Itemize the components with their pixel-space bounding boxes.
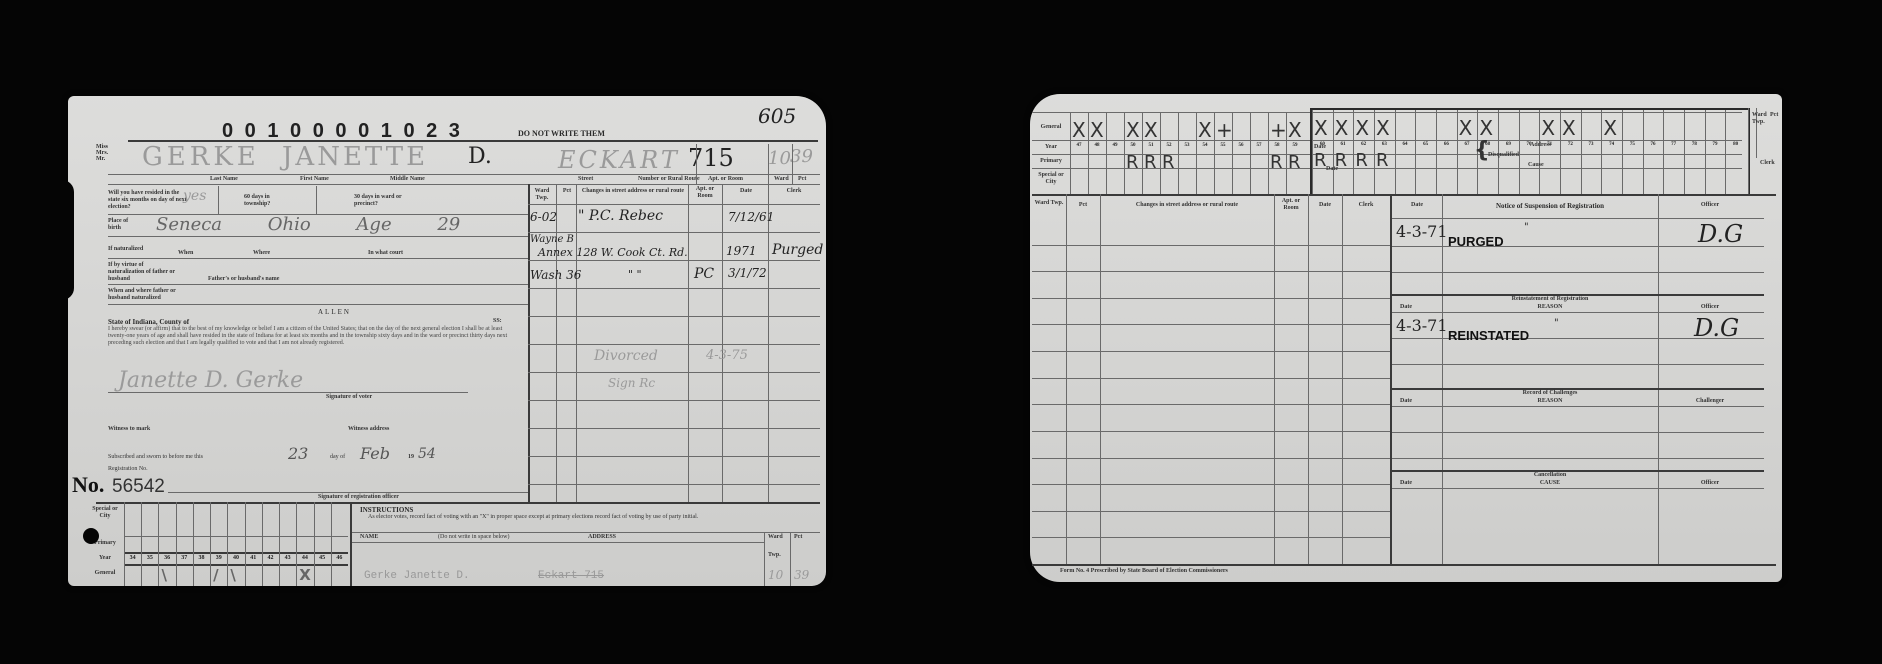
ward-value: 10 [768,148,791,169]
back-grid-year-cell: 78 [1684,142,1705,147]
back-general-mark: X [1335,116,1349,140]
col-change-header: Changes in street address or rural route [578,188,688,195]
grid-year-cell: 41 [245,555,262,561]
grid-label-year: Year [88,555,122,562]
reinstatement-reason: REINSTATED [1448,328,1529,343]
back-general-mark: + [1216,118,1233,142]
back-grid-year-cell: 80 [1725,142,1746,147]
back-general-mark: X [1288,118,1302,142]
place-of-birth-value: Seneca Ohio Age 29 [156,214,460,235]
suspension-title: Notice of Suspension of Registration [1442,202,1658,210]
back-table-row-line [1032,324,1390,325]
bottom-twp-label: Twp. [768,552,781,559]
back-primary-mark: R [1314,150,1327,171]
officer-signature-label: Signature of registration officer [318,494,399,501]
col-pct-header: Pct [558,188,576,195]
change-apt: PC [694,266,714,282]
col-apt-header: Apt. or Room [690,186,720,200]
back-table-row-line [1032,431,1390,432]
instructions-text: As elector votes, record fact of voting … [368,514,808,521]
vote-mark: \ [161,566,166,584]
challenges-date-label: Date [1400,398,1412,405]
grid-year-cell: 43 [279,555,296,561]
back-grid-label-year: Year [1034,144,1068,151]
back-general-mark: X [1090,118,1104,142]
change-date: 7/12/61 [728,210,774,224]
back-grid-year-cell: 48 [1088,143,1106,148]
back-grid-year-cell: 76 [1643,142,1664,147]
cancellation-date-label: Date [1400,480,1412,487]
grid-year-cell: 46 [331,555,348,561]
grid-year-cell: 34 [124,555,141,561]
instructions-title: INSTRUCTIONS [360,506,413,514]
change-address: " " [628,268,642,281]
back-grid-year-cell: 50 [1124,143,1142,148]
sworn-month: Feb [360,444,390,463]
card-edge-notch [60,180,74,300]
back-general-mark: X [1459,116,1473,140]
back-table-row-line [1032,245,1390,246]
subscribed-text: Subscribed and sworn to before me this [108,454,203,461]
name-col-label: NAME [360,534,378,541]
cancellation-cause-label: CAUSE [1442,480,1658,487]
suspension-date: 4-3-71 [1396,222,1448,241]
reinstatement-date-label: Date [1400,304,1412,311]
back-general-mark: X [1126,118,1140,142]
back-general-mark: X [1314,116,1328,140]
back-general-mark: X [1562,116,1576,140]
back-primary-mark: R [1126,152,1139,173]
change-ward: 6-02 [530,210,557,224]
change-address: Annex 128 W. Cook Ct. Rd. [538,246,688,259]
state-county-label: State of Indiana, County of [108,318,189,326]
street-value: ECKART [558,146,680,174]
back-clerk-label: Clerk [1760,160,1775,167]
back-general-mark: X [1355,116,1369,140]
back-grid-year-cell: 47 [1070,143,1088,148]
back-pct-label: Pct [1770,112,1778,119]
back-grid-year-cell: 72 [1560,142,1581,147]
pct-label: Pct [798,176,806,183]
bottom-ward-label: Ward [768,534,783,541]
reinstatement-reason-label: REASON [1442,304,1658,311]
back-table-row-line [1032,271,1390,272]
place-of-birth-label: Place of birth [108,218,138,232]
back-general-mark: X [1479,116,1493,140]
challenges-reason-label: REASON [1442,398,1658,405]
residency-question-township: 60 days in township? [244,194,296,208]
punch-hole [83,528,99,544]
pct-value: 39 [790,146,813,167]
back-grid-year-cell: 59 [1286,143,1304,148]
bottom-pct-label: Pct [794,534,802,541]
inner-date-label: Date [1314,144,1326,151]
grid-year-cell: 35 [141,555,158,561]
registration-number-label: Registration No. [108,466,148,473]
back-grid-year-cell: 66 [1436,142,1457,147]
title-prefixes: MissMrs.Mr. [96,144,108,162]
handwritten-bracket: { [1474,138,1490,163]
back-changes-rows [1032,218,1390,564]
inner-disqualified-label: Disqualified [1488,152,1519,159]
inner-cause-label: Cause [1528,162,1544,169]
change-date: 4-3-75 [706,348,748,363]
back-grid-year-cell: 61 [1333,142,1354,147]
back-grid-year-cell: 69 [1498,142,1519,147]
virtue-label: If by virtue of naturalization of father… [108,262,178,283]
back-table-row-line [1032,484,1390,485]
back-grid-year-cell: 56 [1232,143,1250,148]
back-grid-year-cell: 55 [1214,143,1232,148]
grid-year-cell: 42 [262,555,279,561]
back-general-mark: X [1376,116,1390,140]
back-voting-grid-left: 47X48X4950XR51XR52R5354X55+565758+R59XR [1070,112,1304,198]
back-grid-year-cell: 58 [1268,143,1286,148]
back-grid-year-cell: 49 [1106,143,1124,148]
back-grid-year-cell: 74 [1601,142,1622,147]
back-col-change-header: Changes in street address or rural route [1100,202,1274,209]
vote-mark: \ [230,566,235,584]
back-primary-mark: R [1376,150,1389,171]
sworn-day: 23 [288,444,308,463]
day-of-label: day of [330,454,345,461]
back-general-mark: + [1270,118,1287,142]
typed-ward: 10 [768,568,783,582]
house-number-value: 715 [688,144,734,172]
challenges-challenger-label: Challenger [1658,398,1762,405]
back-grid-year-cell: 75 [1622,142,1643,147]
vote-mark: / [213,566,218,584]
back-grid-year-cell: 73 [1581,142,1602,147]
back-grid-year-cell: 57 [1250,143,1268,148]
typed-pct: 39 [794,568,809,582]
reinstatement-title: Reinstatement of Registration [1442,296,1658,303]
change-ward: Wayne B [530,234,574,245]
back-grid-label-general: General [1034,124,1068,131]
grid-year-cell: 40 [227,555,244,561]
back-grid-year-cell: 79 [1705,142,1726,147]
back-grid-year-cell: 54 [1196,143,1214,148]
back-table-row-line [1032,458,1390,459]
back-primary-mark: R [1162,152,1175,173]
last-name-value: GERKE [142,142,260,172]
where-label: Where [253,250,270,257]
back-col-pct-header: Pct [1066,202,1100,209]
back-general-mark: X [1198,118,1212,142]
back-primary-mark: R [1288,152,1301,173]
back-grid-year-cell: 52 [1160,143,1178,148]
grid-label-special: Special or City [88,506,122,520]
back-general-mark: X [1072,118,1086,142]
middle-name-value: D. [468,144,492,169]
number-label: Number or Rural Route [638,176,700,183]
address-col-label: ADDRESS [588,534,616,541]
suspension-date-label: Date [1392,202,1442,209]
change-date: 1971 [726,244,757,258]
col-ward-header: Ward Twp. [530,188,554,202]
grid-year-cell: 37 [176,555,193,561]
change-ward: Wash 36 [530,268,581,282]
suspension-reason: PURGED [1448,234,1504,249]
grid-year-cell: 44 [296,555,313,561]
back-voting-grid-right: 60XR61XR62XR63XR64656667X68X697071X72X73… [1312,110,1746,192]
suspension-ditto: " [1524,222,1529,233]
front-voting-grid: 343536\373839/40\41424344X4546 [124,502,348,586]
back-grid-label-special: Special or City [1034,172,1068,186]
back-table-row-line [1032,351,1390,352]
inner-date-label-2: Date [1326,166,1338,173]
back-general-mark: X [1541,116,1555,140]
back-grid-year-cell: 62 [1353,142,1374,147]
reinstatement-ditto: " [1554,318,1559,329]
back-grid-label-primary: Primary [1034,158,1068,165]
cancellation-title: Cancellation [1442,472,1658,479]
change-address: " P.C. Rebec [578,208,663,224]
back-table-row-line [1032,378,1390,379]
witness-address-label: Witness address [348,426,389,433]
voter-signature: Janette D. Gerke [118,368,303,393]
inner-address-label: Address [1530,142,1551,149]
col-date-header: Date [724,188,768,195]
suspension-officer: D.G [1698,220,1743,248]
typed-voter-address: Eckart 715 [538,570,604,582]
grid-year-cell: 45 [314,555,331,561]
residency-question-ward: 30 days in ward or precinct? [354,194,426,208]
change-clerk: Purged [772,242,823,258]
when-label: When [178,250,193,257]
back-primary-mark: R [1144,152,1157,173]
ward-label: Ward [774,176,789,183]
back-general-mark: X [1144,118,1158,142]
back-grid-year-cell: 65 [1415,142,1436,147]
back-grid-year-cell: 53 [1178,143,1196,148]
back-col-clerk-header: Clerk [1342,202,1390,209]
year-prefix: 19 [408,454,414,461]
back-table-row-line [1032,511,1390,512]
suspension-officer-label: Officer [1658,202,1762,209]
form-footer: Form No. 4 Prescribed by State Board of … [1060,568,1228,575]
back-col-ward-header: Ward Twp. [1032,200,1066,207]
back-primary-mark: R [1355,150,1368,171]
reinstatement-date: 4-3-71 [1396,316,1448,335]
registration-card-back: General Year Primary Special or City 47X… [1030,94,1782,582]
back-table-row-line [1032,537,1390,538]
registration-card-front: 0 0 1 0 0 0 0 1 0 2 3 DO NOT WRITE THEM … [68,96,826,586]
voter-signature-label: Signature of voter [326,394,372,401]
residency-answer-state: yes [183,188,206,204]
oath-text: I hereby swear (or affirm) that to the b… [108,326,518,347]
middle-name-label: Middle Name [390,176,425,183]
sworn-year: 54 [418,446,436,462]
back-table-row-line [1032,404,1390,405]
back-grid-year-cell: 64 [1395,142,1416,147]
first-name-value: JANETTE [282,142,428,172]
naturalized-label: If naturalized [108,246,143,253]
typed-voter-name: Gerke Janette D. [364,570,470,582]
grid-label-general: General [88,570,122,577]
county-value: ALLEN [318,308,351,316]
col-clerk-header: Clerk [770,188,818,195]
reinstatement-officer-label: Officer [1658,304,1762,311]
registration-number: 56542 [112,476,165,498]
court-label: In what court [368,250,403,257]
reinstatement-officer: D.G [1694,314,1739,342]
residency-question-state: Will you have resided in the state six m… [108,190,188,211]
street-label: Street [578,176,593,183]
vote-mark: X [299,566,311,584]
grid-year-cell: 38 [193,555,210,561]
back-grid-year-cell: 77 [1663,142,1684,147]
change-address: Divorced [594,348,658,364]
apt-label: Apt. or Room [708,176,743,183]
back-general-mark: X [1603,116,1617,140]
back-grid-year-cell: 63 [1374,142,1395,147]
change-date: 3/1/72 [728,266,767,280]
father-name-label: Father's or husband's name [208,276,279,283]
header-instruction: DO NOT WRITE THEM [518,130,605,138]
first-name-label: First Name [300,176,329,183]
back-table-row-line [1032,298,1390,299]
back-col-apt-header: Apt. or Room [1274,198,1308,212]
cancellation-officer-label: Officer [1658,480,1762,487]
last-name-label: Last Name [210,176,238,183]
back-primary-mark: R [1270,152,1283,173]
challenges-title: Record of Challenges [1442,390,1658,397]
when-where-label: When and where father or husband natural… [108,288,198,302]
number-prefix: No. [72,472,104,498]
change-address: Sign Rc [608,376,655,390]
grid-year-cell: 36 [158,555,175,561]
grid-year-cell: 39 [210,555,227,561]
back-col-date-header: Date [1308,202,1342,209]
witness-label: Witness to mark [108,426,150,433]
back-grid-year-cell: 51 [1142,143,1160,148]
ss-label: SS: [493,318,502,325]
do-not-write-label: (Do not write in space below) [438,534,509,541]
corner-note: 605 [758,104,796,128]
